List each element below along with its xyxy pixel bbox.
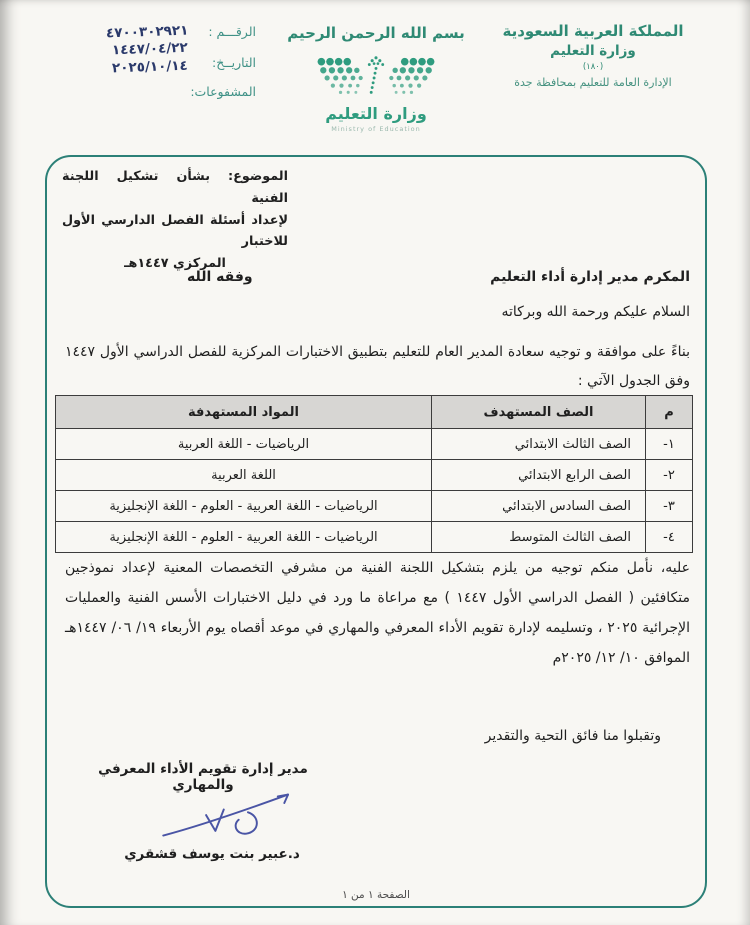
table-row: ٢- الصف الرابع الابتدائي اللغة العربية: [56, 460, 693, 491]
blessing-text: وفقه الله: [187, 269, 253, 285]
date-values: ١٤٤٧/٠٤/٢٢ ٢٠٢٥/١٠/١٤: [112, 41, 192, 75]
ministry-wordmark-en: Ministry of Education: [331, 125, 421, 133]
cell-serial: ١-: [646, 429, 693, 460]
letter-page: الرقـــم : ٤٧٠٠٣٠٢٩٢١ التاريــخ: ١٤٤٧/٠٤…: [0, 0, 750, 925]
cell-subjects: الرياضيات - اللغة العربية - العلوم - الل…: [56, 522, 432, 553]
reference-number-label: الرقـــم :: [192, 24, 256, 39]
kingdom-calligraphy: المملكة العربية السعودية: [472, 22, 714, 40]
cell-serial: ٣-: [646, 491, 693, 522]
reference-block: الرقـــم : ٤٧٠٠٣٠٢٩٢١ التاريــخ: ١٤٤٧/٠٤…: [48, 24, 256, 108]
ministry-wordmark: وزارة التعليم: [325, 104, 427, 123]
cell-grade: الصف الرابع الابتدائي: [432, 460, 646, 491]
cell-grade: الصف السادس الابتدائي: [432, 491, 646, 522]
bismillah-calligraphy: بسم الله الرحمن الرحيم: [287, 24, 465, 42]
cell-serial: ٢-: [646, 460, 693, 491]
addressee-line: المكرم مدير إدارة أداء التعليم: [490, 269, 690, 285]
official-emblem-block: المملكة العربية السعودية وزارة التعليم (…: [472, 22, 714, 89]
header-subjects: المواد المستهدفة: [56, 396, 432, 429]
date-row: التاريــخ: ١٤٤٧/٠٤/٢٢ ٢٠٢٥/١٠/١٤: [48, 49, 256, 75]
salutation-line: السلام عليكم ورحمة الله وبركاته: [501, 304, 690, 320]
department-name: الإدارة العامة للتعليم بمحافظة جدة: [472, 76, 714, 89]
date-hijri-value: ١٤٤٧/٠٤/٢٢: [112, 40, 188, 59]
cell-grade: الصف الثالث المتوسط: [432, 522, 646, 553]
cell-serial: ٤-: [646, 522, 693, 553]
reference-number-value: ٤٧٠٠٣٠٢٩٢١: [105, 23, 188, 42]
cell-subjects: الرياضيات - اللغة العربية - العلوم - الل…: [56, 491, 432, 522]
letter-frame: الموضوع: بشأن تشكيل اللجنة الفنية لإعداد…: [45, 155, 707, 908]
ministry-calligraphy: وزارة التعليم: [472, 43, 714, 59]
ministry-code: (١٨٠): [472, 62, 714, 72]
page-number: الصفحة ١ من ١: [47, 889, 705, 901]
attachments-label: المشفوعات:: [190, 84, 256, 99]
grades-subjects-table: م الصف المستهدف المواد المستهدفة ١- الصف…: [55, 395, 693, 553]
handwritten-signature: [155, 789, 300, 843]
date-gregorian-value: ٢٠٢٥/١٠/١٤: [112, 58, 188, 77]
table-row: ١- الصف الثالث الابتدائي الرياضيات - الل…: [56, 429, 693, 460]
intro-paragraph: بناءً على موافقة و توجيه سعادة المدير ال…: [65, 338, 690, 395]
signatory-name: د.عبير بنت يوسف قشقري: [93, 846, 331, 862]
request-paragraph: عليه، نأمل منكم توجيه من يلزم بتشكيل الل…: [65, 553, 690, 673]
cell-subjects: اللغة العربية: [56, 460, 432, 491]
subject-line-3: المركزي ١٤٤٧هـ: [62, 253, 288, 275]
subject-line-1: الموضوع: بشأن تشكيل اللجنة الفنية: [62, 166, 288, 210]
header-grade: الصف المستهدف: [432, 396, 646, 429]
ministry-of-education-logo: [312, 54, 440, 100]
reference-number-row: الرقـــم : ٤٧٠٠٣٠٢٩٢١: [48, 24, 256, 40]
date-label: التاريــخ:: [192, 55, 256, 70]
subject-line-2: لإعداد أسئلة الفصل الدارسي الأول للاختبا…: [62, 210, 288, 254]
table-row: ٣- الصف السادس الابتدائي الرياضيات - الل…: [56, 491, 693, 522]
table-header-row: م الصف المستهدف المواد المستهدفة: [56, 396, 693, 429]
attachments-row: المشفوعات:: [48, 84, 256, 99]
header-serial: م: [646, 396, 693, 429]
table-row: ٤- الصف الثالث المتوسط الرياضيات - اللغة…: [56, 522, 693, 553]
ministry-logo-block: بسم الله الرحمن الرحيم: [287, 24, 465, 133]
closing-line: وتقبلوا منا فائق التحية والتقدير: [485, 728, 661, 744]
cell-grade: الصف الثالث الابتدائي: [432, 429, 646, 460]
cell-subjects: الرياضيات - اللغة العربية: [56, 429, 432, 460]
subject-block: الموضوع: بشأن تشكيل اللجنة الفنية لإعداد…: [62, 166, 288, 275]
